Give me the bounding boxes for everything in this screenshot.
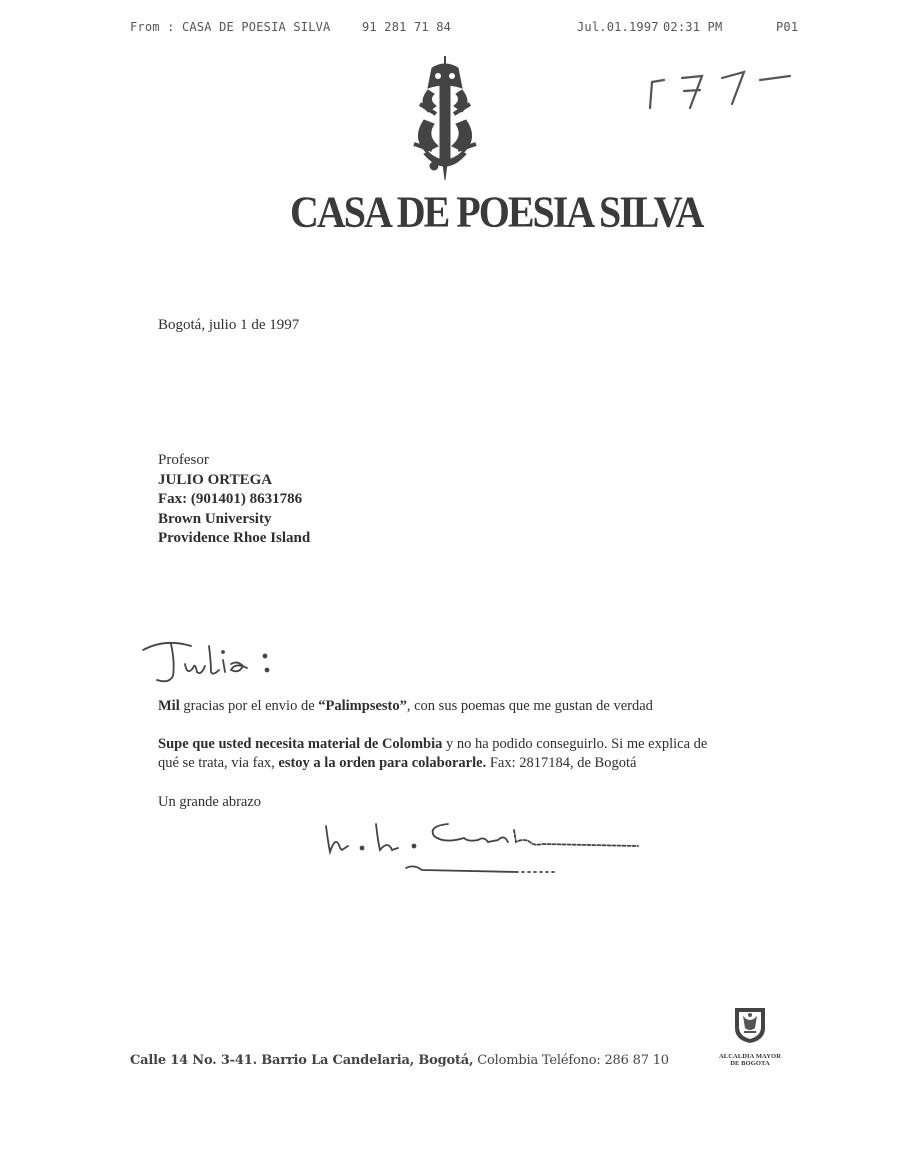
p1-book-title: “Palimpsesto” [318,698,407,714]
organization-name: CASA DE POESIA SILVA [290,186,610,238]
recipient-location: Providence Rhoe Island [158,529,310,549]
body-paragraph-1: Mil gracias por el envio de “Palimpsesto… [158,697,653,716]
bogota-coat-of-arms-icon [733,1006,767,1044]
handwritten-number-icon [640,64,800,114]
fax-date: Jul.01.1997 [577,20,659,34]
body-paragraph-2: Supe que usted necesita material de Colo… [158,735,798,773]
p2-emphasis-2: estoy a la orden para colaborarle. [278,755,486,771]
p2-emphasis: material de Colombia [308,736,443,752]
fax-sender-phone: 91 281 71 84 [362,20,451,34]
fax-sender: From : CASA DE POESIA SILVA [130,20,330,34]
alcaldia-logo: ALCALDIA MAYOR DE BOGOTA [712,1006,788,1067]
recipient-title: Profesor [158,451,310,471]
letter-date: Bogotá, julio 1 de 1997 [158,316,299,336]
p2-text: y no ha podido conseguirlo. Si me explic… [442,736,707,752]
alcaldia-line-2: DE BOGOTA [712,1060,788,1067]
p1-text: gracias por el envio de [180,698,319,714]
handwritten-signature-icon [318,812,648,884]
fax-time: 02:31 PM [663,20,722,34]
p2-fax: Fax: 2817184, de Bogotá [486,755,636,771]
p2-lead: Supe que usted necesita [158,736,308,752]
recipient-institution: Brown University [158,510,310,530]
p1-text-end: , con sus poemas que me gustan de verdad [407,698,653,714]
fax-page-number: P01 [776,20,798,34]
footer-street: Calle 14 No. 3-41. Barrio La Candelaria,… [130,1053,473,1068]
closing-line: Un grande abrazo [158,793,261,812]
footer-address: Calle 14 No. 3-41. Barrio La Candelaria,… [130,1053,669,1068]
p2-text-2: qué se trata, via fax, [158,755,278,771]
recipient-name: JULIO ORTEGA [158,471,310,491]
alcaldia-line-1: ALCALDIA MAYOR [712,1053,788,1060]
monogram-crest-icon [410,54,480,182]
p1-lead: Mil [158,698,180,714]
recipient-fax: Fax: (901401) 8631786 [158,490,310,510]
recipient-block: Profesor JULIO ORTEGA Fax: (901401) 8631… [158,451,310,549]
footer-phone: Colombia Teléfono: 286 87 10 [473,1053,669,1068]
handwritten-salutation-icon: Julio : [135,632,335,688]
